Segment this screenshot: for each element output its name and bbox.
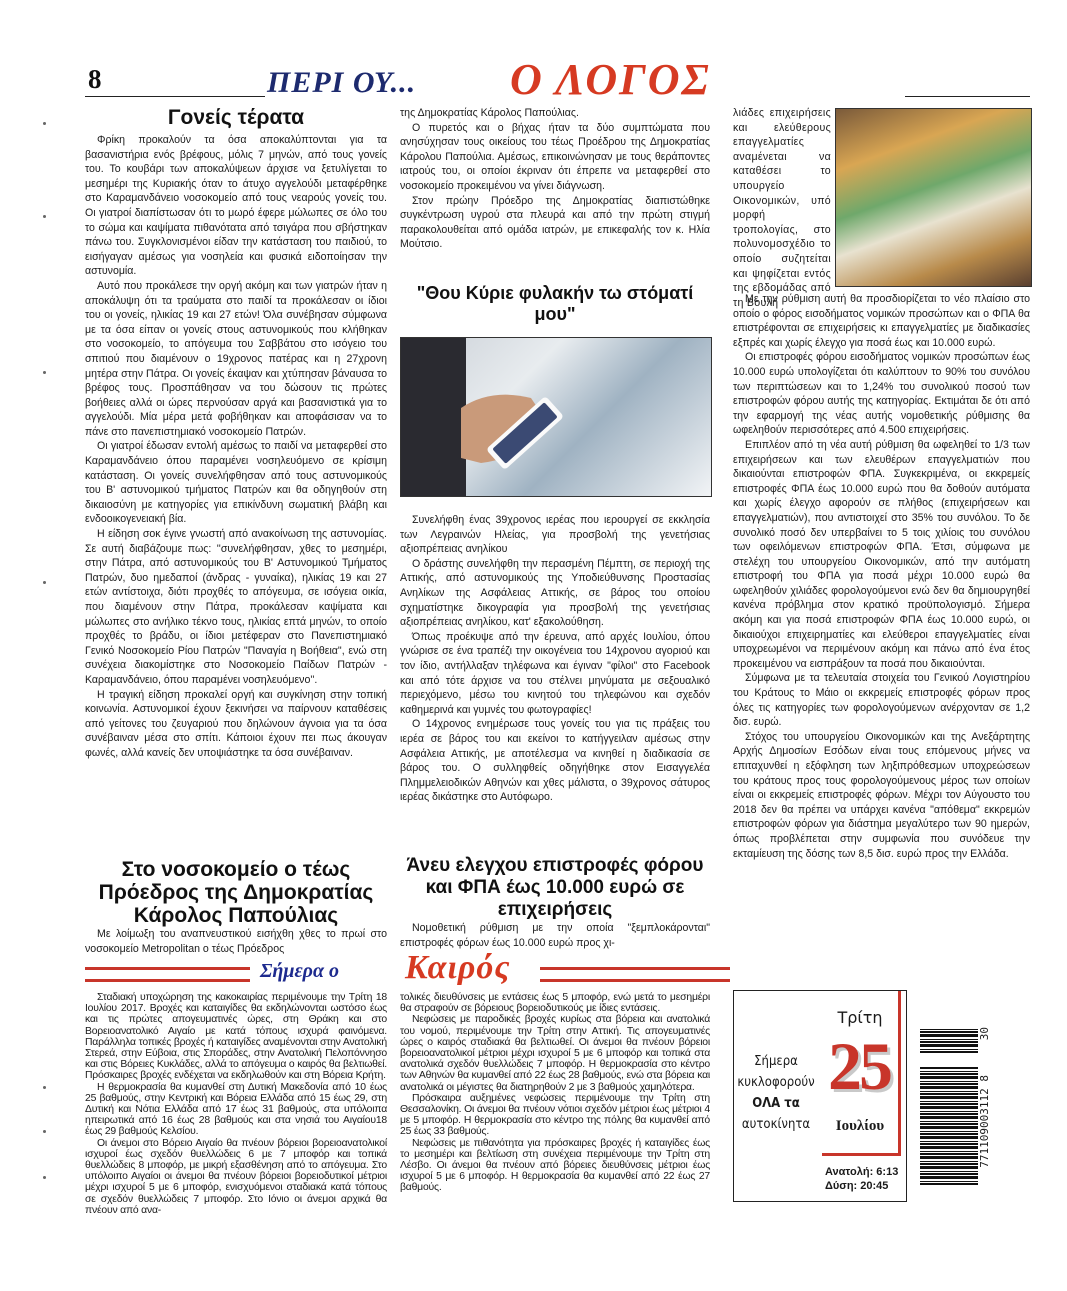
article-headline: Στο νοσοκομείο ο τέως Πρόεδρος της Δημοκ…	[85, 858, 387, 927]
weather-paragraph: τολικές διευθύνσεις με εντάσεις έως 5 μπ…	[400, 992, 710, 1014]
euro-banknotes-photo	[835, 108, 1032, 287]
masthead-rule-right	[905, 96, 1030, 97]
article-tax: Με την ρύθμιση αυτή θα προσδιορίζεται το…	[733, 292, 1030, 861]
article-papoulias: Στο νοσοκομείο ο τέως Πρόεδρος της Δημοκ…	[85, 858, 387, 956]
banner-double-rule-left	[85, 967, 250, 982]
date-box: Σήμερα κυκλοφορούν ΟΛΑ τα αυτοκίνητα Τρί…	[733, 990, 907, 1202]
article-paragraph: Με την ρύθμιση αυτή θα προσδιορίζεται το…	[733, 292, 1030, 350]
article-paragraph: Στον πρώην Πρόεδρο της Δημοκρατίας διαπι…	[400, 194, 710, 252]
weather-column-1: Σταδιακή υποχώρηση της κακοκαιρίας περιμ…	[85, 992, 387, 1216]
sunrise-time: Ανατολή: 6:13	[825, 1165, 898, 1179]
scan-mark	[43, 1130, 46, 1133]
scan-mark	[43, 581, 46, 584]
page-number: 8	[88, 64, 102, 95]
masthead-title-blue: ΠΕΡΙ ΟΥ...	[267, 66, 416, 100]
article-headline: Άνευ ελεγχου επιστροφές φόρου και ΦΠΑ έω…	[400, 855, 710, 921]
article-priest: Συνελήφθη ένας 39χρονος ιερέας που ιερου…	[400, 513, 710, 805]
traffic-notice-line: Σήμερα	[736, 1051, 816, 1072]
article-paragraph: Όπως προέκυψε από την έρευνα, από αρχές …	[400, 630, 710, 718]
article-paragraph: Ο δράστης συνελήφθη την περασμένη Πέμπτη…	[400, 557, 710, 630]
article-paragraph: Ο 14χρονος ενημέρωσε τους γονείς του για…	[400, 717, 710, 805]
weather-paragraph: Νεφώσεις με πιθανότητα για πρόσκαιρες βρ…	[400, 1138, 710, 1194]
traffic-notice-line: αυτοκίνητα	[736, 1114, 816, 1135]
weather-paragraph: Οι άνεμοι στο Βόρειο Αιγαίο θα πνέουν βό…	[85, 1138, 387, 1216]
article-paragraph: Επιπλέον από τη νέα αυτή ρύθμιση θα ωφελ…	[733, 438, 1030, 672]
article-tax-wrap: λιάδες επιχειρήσεις και ελεύθερους επαγγ…	[733, 106, 831, 310]
scan-mark	[43, 215, 46, 218]
traffic-notice-line: κυκλοφορούν	[736, 1072, 816, 1093]
article-paragraph: Αυτό που προκάλεσε την οργή ακόμη και τω…	[85, 279, 387, 440]
article-paragraph: της Δημοκρατίας Κάρολος Παπούλιας.	[400, 106, 710, 121]
weather-paragraph: Η θερμοκρασία θα κυμανθεί στη Δυτική Μακ…	[85, 1082, 387, 1138]
article-parents: Γονείς τέρατα Φρίκη προκαλούν τα όσα απο…	[85, 106, 387, 761]
page-masthead: 8 ΠΕΡΙ ΟΥ... Ο ΛΟΓΟΣ	[85, 58, 1030, 102]
weather-paragraph: Σταδιακή υποχώρηση της κακοκαιρίας περιμ…	[85, 992, 387, 1082]
ean-barcode-bars	[920, 1067, 978, 1185]
banner-double-rule-right	[540, 967, 730, 982]
scan-mark	[43, 371, 46, 374]
scan-mark	[43, 1086, 46, 1089]
masthead-rule-left	[85, 96, 265, 97]
article-paragraph: λιάδες επιχειρήσεις και ελεύθερους επαγγ…	[733, 106, 831, 310]
scan-mark	[43, 122, 46, 125]
sun-times: Ανατολή: 6:13 Δύση: 20:45	[825, 1165, 898, 1193]
barcode: 30 771109003112 8	[920, 1015, 1000, 1190]
scan-mark	[43, 1176, 46, 1179]
article-paragraph: Σύμφωνα με τα τελευταία στοιχεία του Γεν…	[733, 671, 1030, 729]
traffic-notice: Σήμερα κυκλοφορούν ΟΛΑ τα αυτοκίνητα	[736, 1051, 816, 1135]
article-paragraph: Νομοθετική ρύθμιση με την οποία "ξεμπλοκ…	[400, 921, 710, 950]
article-paragraph: Συνελήφθη ένας 39χρονος ιερέας που ιερου…	[400, 513, 710, 557]
masthead-title-red: Ο ΛΟΓΟΣ	[510, 54, 711, 105]
article-priest-headline-block: "Θου Κύριε φυλακήν τω στόματί μου"	[400, 283, 710, 325]
issue-barcode-bars	[920, 1027, 978, 1053]
weather-banner-red: Καιρός	[405, 949, 511, 987]
day-name: Τρίτη	[822, 1008, 898, 1027]
article-paragraph: Φρίκη προκαλούν τα όσα αποκαλύπτονται γι…	[85, 133, 387, 279]
article-headline: "Θου Κύριε φυλακήν τω στόματί μου"	[400, 283, 710, 325]
article-headline: Γονείς τέρατα	[85, 106, 387, 129]
weather-banner-blue: Σήμερα ο	[260, 960, 339, 983]
article-paragraph: Με λοίμωξη του αναπνευστικού εισήχθη χθε…	[85, 927, 387, 956]
article-paragraph: Στόχος του υπουργείου Οικονομικών και τη…	[733, 730, 1030, 861]
weather-paragraph: Νεφώσεις με παροδικές βροχές κυρίως στα …	[400, 1014, 710, 1092]
month-name: Ιουλίου	[822, 1118, 898, 1135]
weather-banner: Σήμερα ο Καιρός	[85, 957, 1030, 987]
article-paragraph: Οι γιατροί έδωσαν εντολή αμέσως το παιδί…	[85, 439, 387, 527]
article-paragraph: Η είδηση σοκ έγινε γνωστή από ανακοίνωση…	[85, 527, 387, 688]
traffic-notice-line: ΟΛΑ τα	[736, 1093, 816, 1114]
article-paragraph: Η τραγική είδηση προκαλεί οργή και συγκί…	[85, 688, 387, 761]
weather-column-2: τολικές διευθύνσεις με εντάσεις έως 5 μπ…	[400, 992, 710, 1194]
article-papoulias-continued: της Δημοκρατίας Κάρολος Παπούλιας. Ο πυρ…	[400, 106, 710, 252]
hand-phone-illustration	[401, 338, 711, 496]
issue-number: 30	[978, 1027, 991, 1040]
article-paragraph: Ο πυρετός και ο βήχας ήταν τα δύο συμπτώ…	[400, 121, 710, 194]
barcode-number: 771109003112 8	[978, 1075, 991, 1168]
sunset-time: Δύση: 20:45	[825, 1179, 898, 1193]
smartphone-photo	[400, 337, 712, 497]
article-tax-headline-block: Άνευ ελεγχου επιστροφές φόρου και ΦΠΑ έω…	[400, 855, 710, 950]
article-paragraph: Οι επιστροφές φόρου εισοδήματος νομικών …	[733, 350, 1030, 438]
day-number: 25	[817, 1031, 901, 1101]
weather-paragraph: Πρόσκαιρα αυξημένες νεφώσεις περιμένουμε…	[400, 1093, 710, 1138]
